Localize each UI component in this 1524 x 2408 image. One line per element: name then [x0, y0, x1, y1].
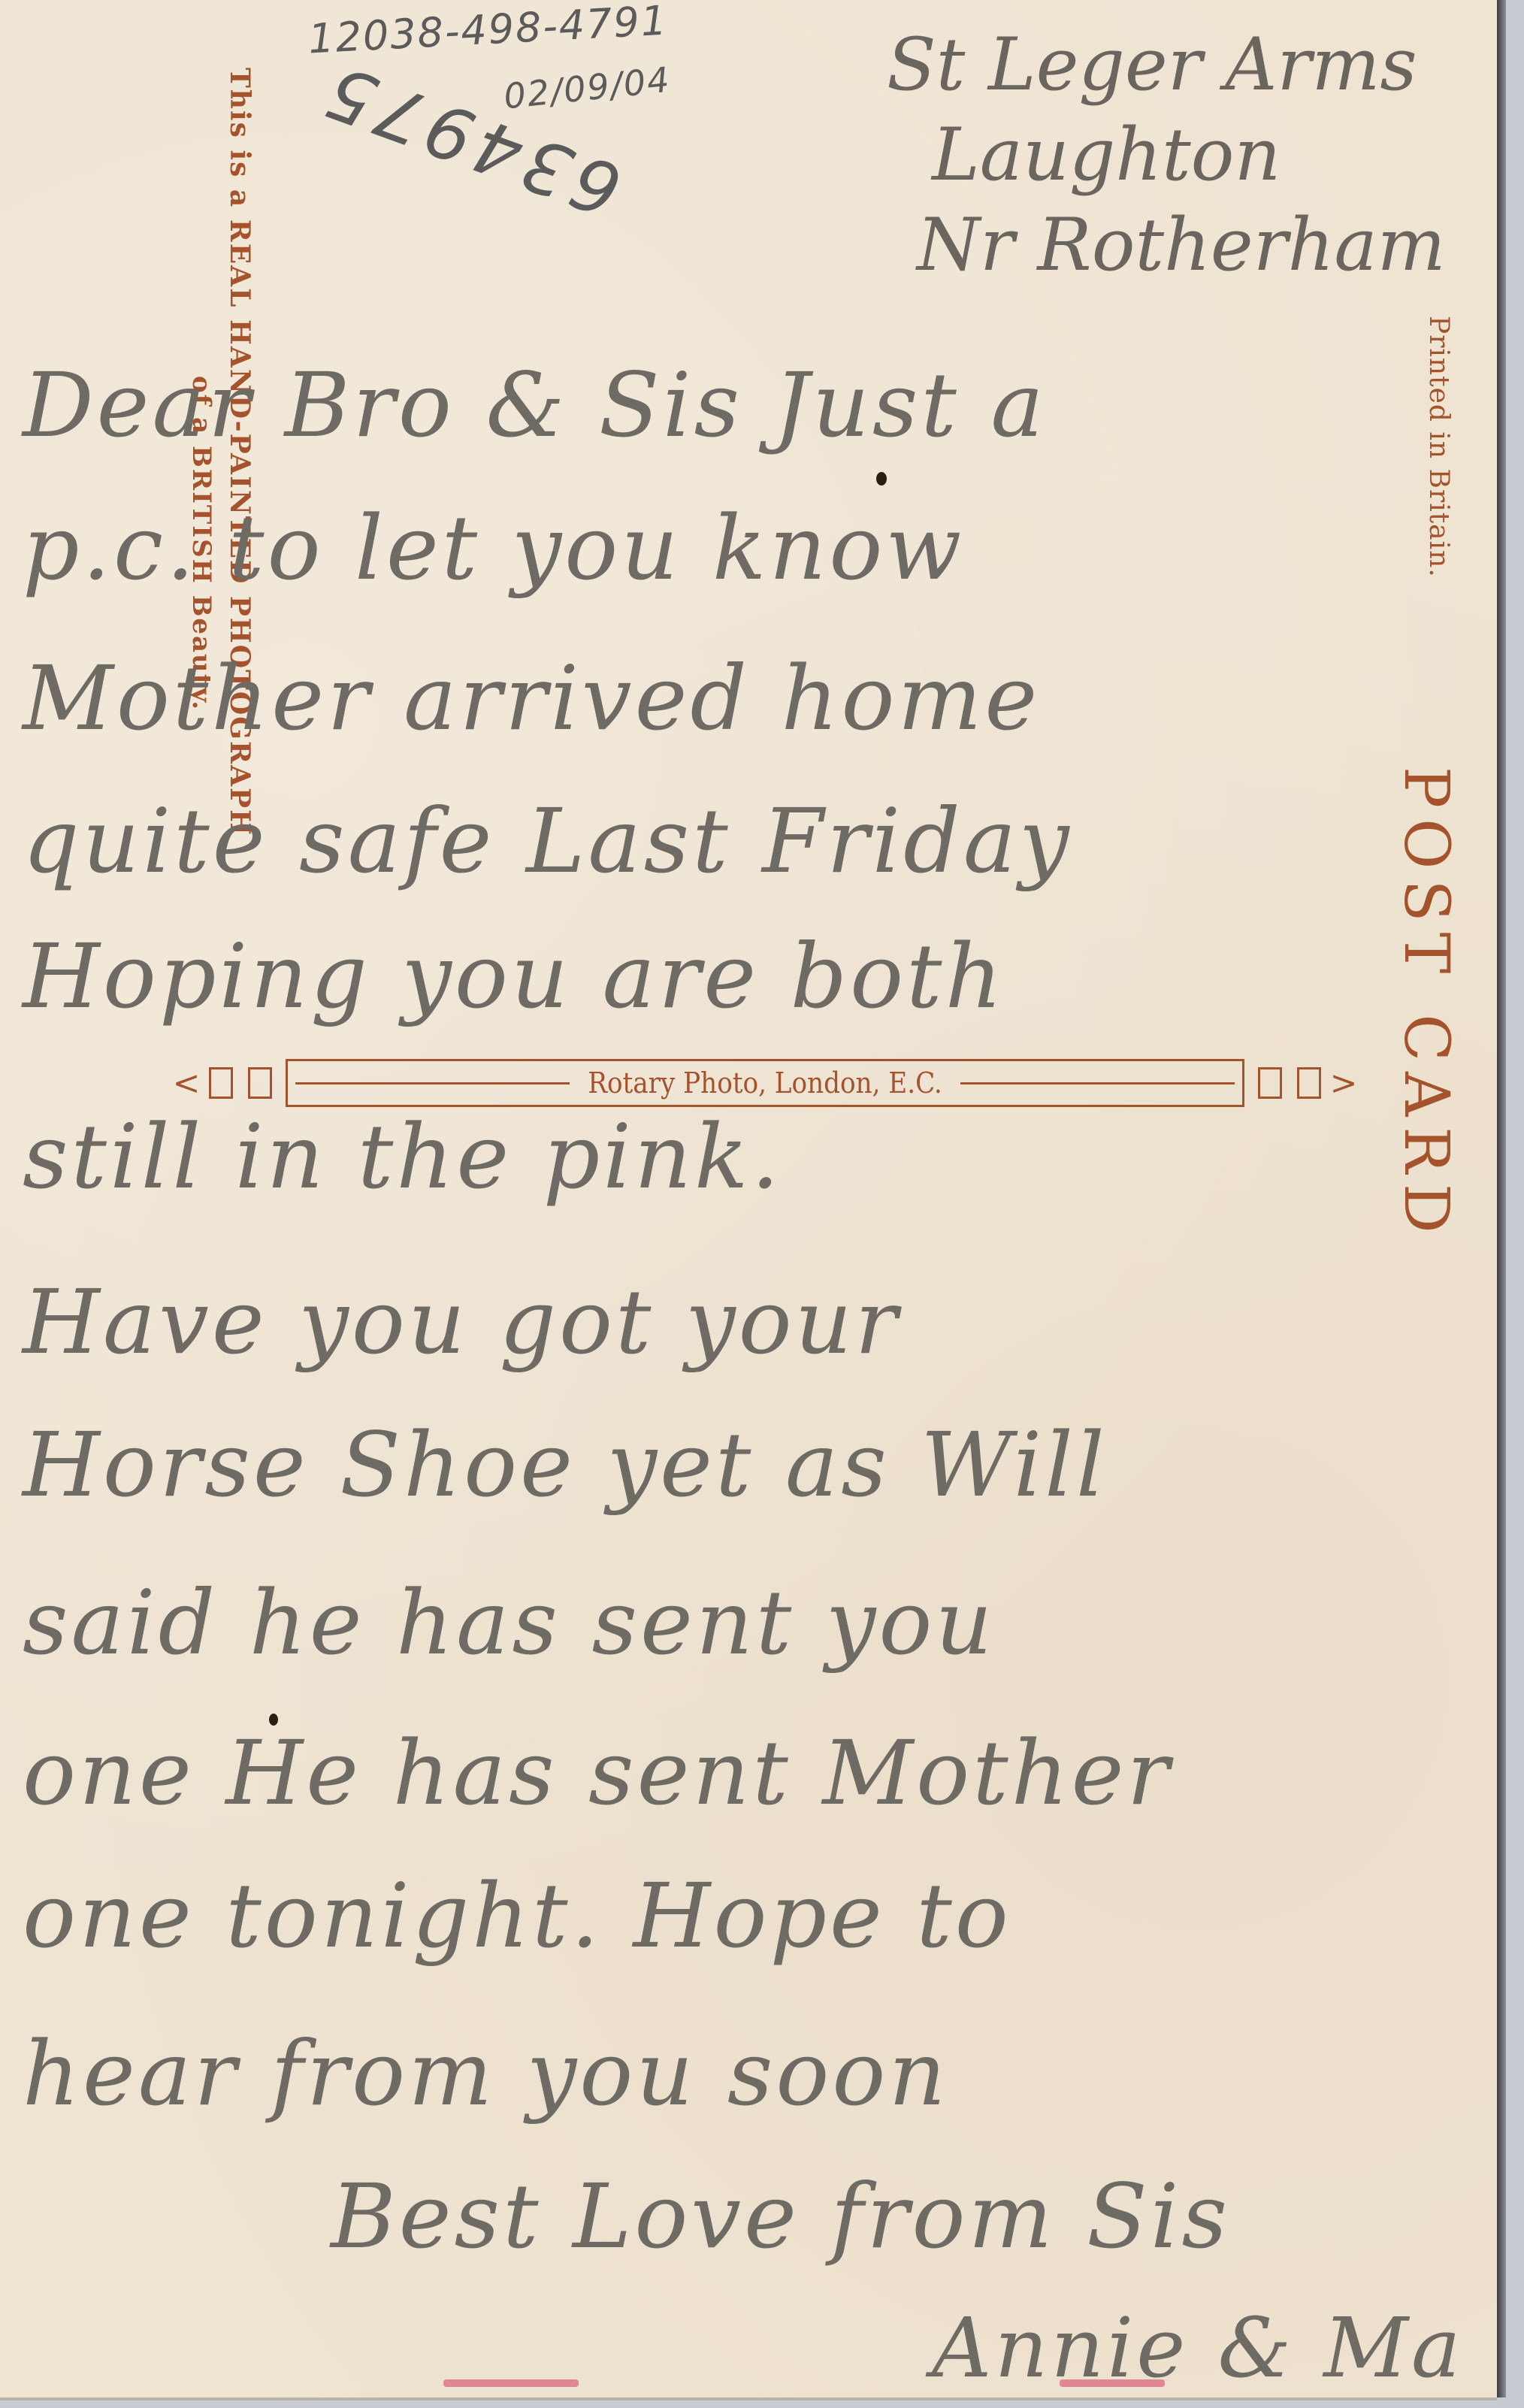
message-line: hear from you soon	[23, 2022, 948, 2125]
message-line: Have you got your	[23, 1270, 900, 1374]
message-line: Best Love from Sis	[331, 2164, 1230, 2268]
message-line: Dear Bro & Sis Just a	[23, 353, 1047, 457]
pencil-reference-number: 12038-498-4791	[307, 0, 670, 62]
ornament-square-icon	[248, 1067, 272, 1099]
pink-stain	[443, 2379, 579, 2387]
publisher-frame: Rotary Photo, London, E.C.	[286, 1059, 1244, 1107]
message-line: one tonight. Hope to	[23, 1864, 1011, 1968]
message-line: quite safe Last Friday	[23, 789, 1072, 893]
divider-rule	[960, 1082, 1235, 1085]
ornament-square-icon	[1258, 1067, 1282, 1099]
chevron-right-icon: >	[1329, 1064, 1359, 1103]
pink-stain	[1060, 2379, 1165, 2387]
message-line: Horse Shoe yet as Will	[23, 1413, 1108, 1517]
ink-spot	[269, 1714, 278, 1726]
postcard-back: 12038-498-4791 02/09/04 634975 This is a…	[0, 0, 1497, 2397]
printed-in-britain: Printed in Britain.	[1423, 316, 1454, 578]
message-line: p.c. to let you know	[23, 496, 964, 600]
chevron-left-icon: <	[171, 1064, 201, 1103]
message-line: Hoping you are both	[23, 924, 1005, 1028]
address-line-3: Nr Rotherham	[917, 203, 1446, 287]
card-edge-shadow	[1497, 0, 1506, 2397]
address-line-1: St Leger Arms	[887, 23, 1417, 107]
divider-rule	[295, 1082, 570, 1085]
ornament-square-icon	[209, 1067, 233, 1099]
publisher-name: Rotary Photo, London, E.C.	[588, 1066, 942, 1100]
message-line: said he has sent you	[23, 1571, 995, 1674]
publisher-divider: < Rotary Photo, London, E.C. >	[171, 1057, 1359, 1109]
signature: Annie & Ma	[932, 2300, 1463, 2396]
ink-spot	[876, 472, 887, 486]
message-line: Mother arrived home	[23, 646, 1040, 750]
message-line: still in the pink.	[23, 1105, 782, 1209]
message-line: one He has sent Mother	[23, 1721, 1172, 1825]
pencil-date: 02/09/04	[502, 59, 673, 117]
ornament-square-icon	[1297, 1067, 1321, 1099]
post-card-heading: POST CARD	[1390, 767, 1462, 1244]
address-line-2: Laughton	[932, 113, 1281, 197]
